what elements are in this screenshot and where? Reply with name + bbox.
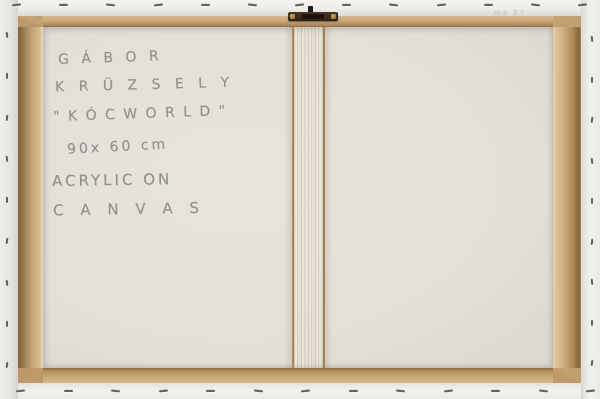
staple-icon [6,197,8,203]
stretcher-bar-left [18,27,43,368]
handwritten-medium-line-1: ACRYLIC ON [52,170,172,190]
brace-shadow-right [325,27,333,368]
brass-screw-left-icon [290,14,295,19]
canvas-fold-left [0,0,18,399]
staple-icon [591,320,593,326]
staple-icon [349,390,358,392]
staple-icon [484,4,493,6]
hanging-bracket [288,12,338,21]
bracket-plate [302,14,324,19]
staple-icon [64,390,73,392]
staple-icon [206,390,215,392]
brace-shadow-left [284,27,292,368]
staple-icon [6,73,8,79]
brass-screw-right-icon [331,14,336,19]
staple-icon [59,4,68,6]
handwritten-medium-line-2: C A N V A S [53,199,205,220]
stretcher-bar-bottom [43,368,553,383]
center-cross-brace [292,27,325,368]
wood-grain-texture [294,27,323,368]
stretcher-bar-right [553,27,581,368]
staple-icon [201,4,210,6]
canvas-back-photo: ma 27 G Á B O R K R Ü Z S E L Y " K Ó C … [0,0,600,399]
staple-icon [591,77,593,83]
staple-icon [342,4,351,6]
staple-icon [491,390,500,392]
staple-icon [591,198,593,204]
staple-icon [6,321,8,327]
